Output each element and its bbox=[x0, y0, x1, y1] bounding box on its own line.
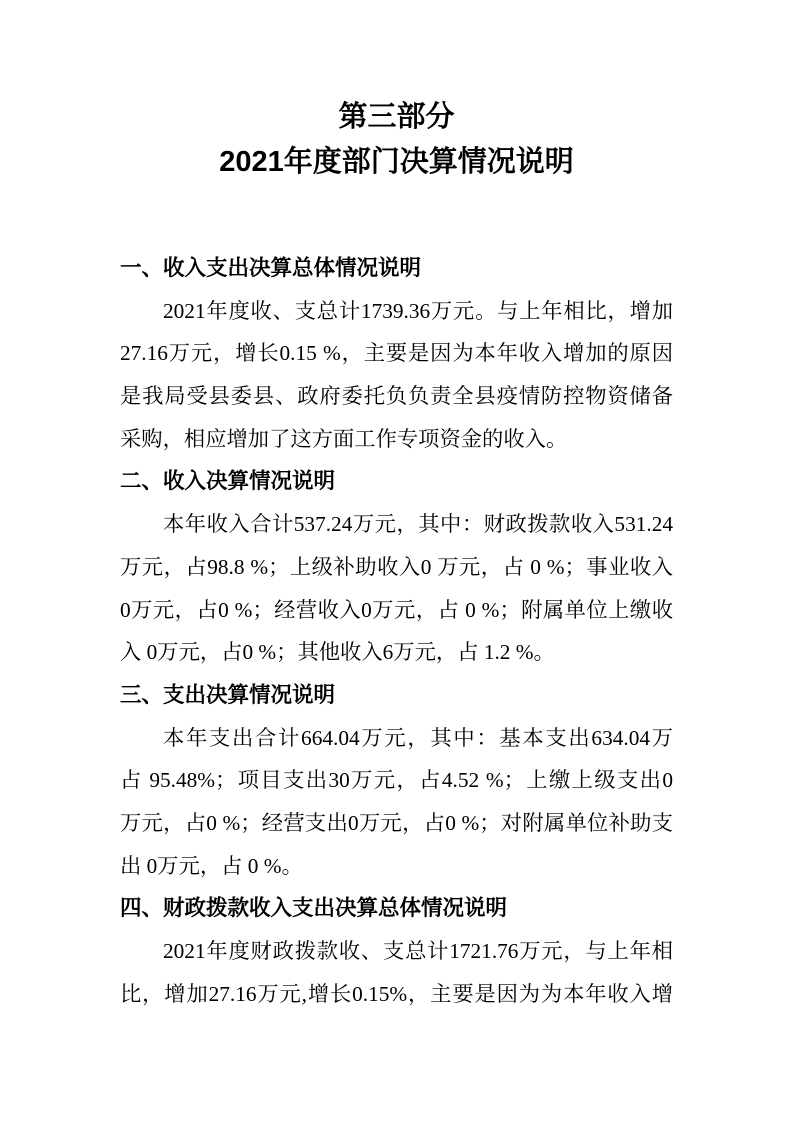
document-title: 第三部分 2021年度部门决算情况说明 bbox=[120, 95, 673, 185]
section-1-line-3: 是我局受县委县、政府委托负负责全县疫情防控物资储备的 bbox=[120, 375, 673, 418]
section-3-line-4: 出 0万元，占 0 %。 bbox=[120, 845, 673, 888]
document-page: 第三部分 2021年度部门决算情况说明 一、收入支出决算总体情况说明 2021年… bbox=[0, 0, 793, 1122]
section-2-line-3: 0万元，占0 %；经营收入0万元，占 0 %；附属单位上缴收 bbox=[120, 589, 673, 632]
section-1-line-2: 27.16万元，增长0.15 %，主要是因为本年收入增加的原因 bbox=[120, 332, 673, 375]
section-1-line-4: 采购，相应增加了这方面工作专项资金的收入。 bbox=[120, 418, 673, 461]
section-2-heading: 二、收入决算情况说明 bbox=[120, 460, 673, 503]
section-4-line-1: 2021年度财政拨款收、支总计1721.76万元，与上年相 bbox=[120, 930, 673, 973]
section-3-line-1: 本年支出合计664.04万元，其中：基本支出634.04万元， bbox=[120, 717, 673, 760]
section-3-line-3: 万元，占0 %；经营支出0万元，占0 %；对附属单位补助支 bbox=[120, 802, 673, 845]
document-body: 一、收入支出决算总体情况说明 2021年度收、支总计1739.36万元。与上年相… bbox=[120, 247, 673, 1015]
section-4-line-2: 比，增加27.16万元,增长0.15%，主要是因为为本年收入增 bbox=[120, 973, 673, 1016]
section-4-heading: 四、财政拨款收入支出决算总体情况说明 bbox=[120, 887, 673, 930]
section-3-line-2: 占 95.48%；项目支出30万元，占4.52 %；上缴上级支出0 bbox=[120, 759, 673, 802]
title-main: 2021年度部门决算情况说明 bbox=[120, 140, 673, 185]
section-1-line-1: 2021年度收、支总计1739.36万元。与上年相比，增加 bbox=[120, 290, 673, 333]
title-part-label: 第三部分 bbox=[120, 95, 673, 140]
section-2-line-1: 本年收入合计537.24万元，其中：财政拨款收入531.24 bbox=[120, 503, 673, 546]
section-2-line-2: 万元，占98.8 %；上级补助收入0 万元，占 0 %；事业收入 bbox=[120, 546, 673, 589]
section-2-line-4: 入 0万元，占0 %；其他收入6万元，占 1.2 %。 bbox=[120, 631, 673, 674]
section-3-heading: 三、支出决算情况说明 bbox=[120, 674, 673, 717]
section-1-heading: 一、收入支出决算总体情况说明 bbox=[120, 247, 673, 290]
